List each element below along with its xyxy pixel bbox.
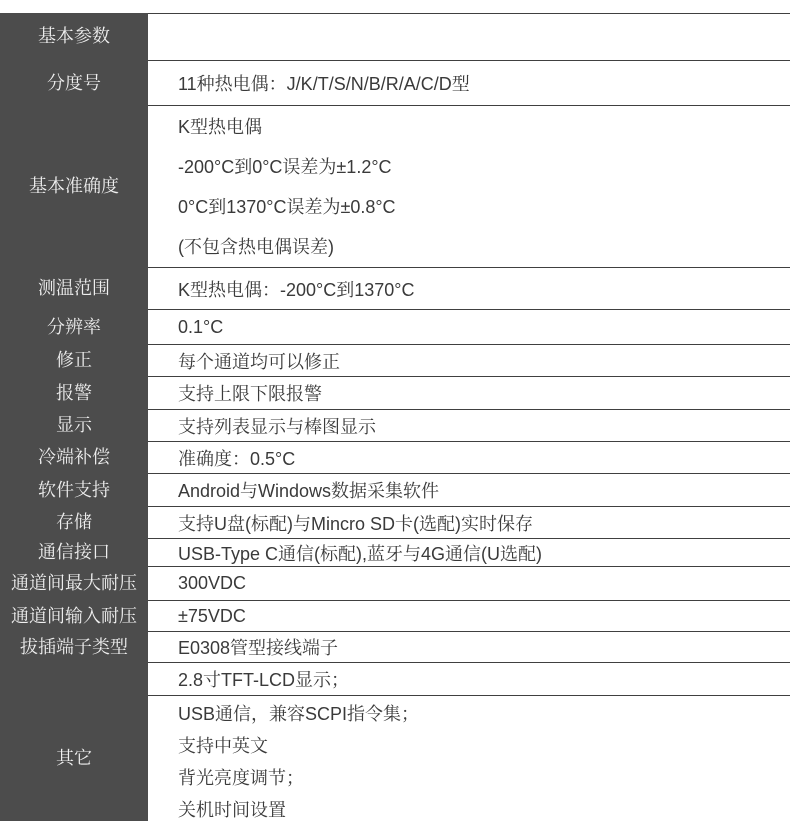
spec-label: 测温范围 — [0, 268, 148, 310]
spec-label: 存储 — [0, 507, 148, 539]
table-row: 冷端补偿 准确度：0.5°C — [0, 442, 790, 474]
spec-value: 支持U盘(标配)与Mincro SD卡(选配)实时保存 — [148, 507, 790, 539]
spec-value-line: (不包含热电偶误差) — [178, 227, 790, 267]
table-row: 分度号 11种热电偶：J/K/T/S/N/B/R/A/C/D型 — [0, 61, 790, 106]
spec-label: 拔插端子类型 — [0, 632, 148, 663]
table-row: 基本参数 — [0, 13, 790, 61]
spec-value-line: K型热电偶：-200°C到1370°C — [178, 276, 790, 302]
spec-label: 分辨率 — [0, 310, 148, 345]
spec-value: 支持上限下限报警 — [148, 377, 790, 410]
spec-value — [148, 13, 790, 61]
spec-value-line: 支持U盘(标配)与Mincro SD卡(选配)实时保存 — [178, 510, 790, 536]
spec-label: 报警 — [0, 377, 148, 410]
spec-value: K型热电偶-200°C到0°C误差为±1.2°C0°C到1370°C误差为±0.… — [148, 106, 790, 268]
table-row: 分辨率 0.1°C — [0, 310, 790, 345]
table-row: 存储 支持U盘(标配)与Mincro SD卡(选配)实时保存 — [0, 507, 790, 539]
spec-value: 支持列表显示与棒图显示 — [148, 410, 790, 442]
spec-label: 基本准确度 — [0, 106, 148, 268]
spec-value: E0308管型接线端子 — [148, 632, 790, 663]
spec-value-line: 2.8寸TFT-LCD显示； — [178, 666, 790, 692]
spec-value: K型热电偶：-200°C到1370°C — [148, 268, 790, 310]
spec-value-line: USB-Type C通信(标配),蓝牙与4G通信(U选配) — [178, 540, 790, 566]
spec-value-line: ±75VDC — [178, 606, 790, 627]
table-row: 通道间输入耐压 ±75VDC — [0, 601, 790, 632]
table-row: 2.8寸TFT-LCD显示； — [0, 663, 790, 696]
table-row: 报警 支持上限下限报警 — [0, 377, 790, 410]
table-row: 通道间最大耐压 300VDC — [0, 567, 790, 601]
spec-value: 0.1°C — [148, 310, 790, 345]
spec-value: 300VDC — [148, 567, 790, 601]
spec-value-line: 背光亮度调节； — [178, 762, 790, 794]
table-row: 其它 USB通信，兼容SCPI指令集；支持中英文背光亮度调节；关机时间设置 — [0, 696, 790, 821]
spec-value: 每个通道均可以修正 — [148, 345, 790, 377]
spec-value-line: 0°C到1370°C误差为±0.8°C — [178, 187, 790, 227]
spec-label: 分度号 — [0, 61, 148, 106]
spec-value-line: 支持中英文 — [178, 730, 790, 762]
spec-label: 修正 — [0, 345, 148, 377]
spec-table: 基本参数 分度号 11种热电偶：J/K/T/S/N/B/R/A/C/D型 基本准… — [0, 13, 790, 821]
table-row: 显示 支持列表显示与棒图显示 — [0, 410, 790, 442]
spec-value: USB-Type C通信(标配),蓝牙与4G通信(U选配) — [148, 539, 790, 567]
spec-label — [0, 663, 148, 696]
table-row: 软件支持 Android与Windows数据采集软件 — [0, 474, 790, 507]
spec-value-line: USB通信，兼容SCPI指令集； — [178, 698, 790, 730]
table-row: 测温范围 K型热电偶：-200°C到1370°C — [0, 268, 790, 310]
spec-label: 软件支持 — [0, 474, 148, 507]
spec-value-line: 11种热电偶：J/K/T/S/N/B/R/A/C/D型 — [178, 70, 790, 96]
spec-label: 通道间最大耐压 — [0, 567, 148, 601]
spec-value-line: K型热电偶 — [178, 107, 790, 147]
spec-value: USB通信，兼容SCPI指令集；支持中英文背光亮度调节；关机时间设置 — [148, 696, 790, 821]
spec-value: Android与Windows数据采集软件 — [148, 474, 790, 507]
spec-value-line: 300VDC — [178, 573, 790, 594]
spec-value-line: 准确度：0.5°C — [178, 445, 790, 471]
spec-value-line: 支持上限下限报警 — [178, 380, 790, 406]
spec-value: 准确度：0.5°C — [148, 442, 790, 474]
spec-value: 2.8寸TFT-LCD显示； — [148, 663, 790, 696]
table-row: 修正 每个通道均可以修正 — [0, 345, 790, 377]
spec-value: ±75VDC — [148, 601, 790, 632]
spec-label: 通信接口 — [0, 539, 148, 567]
table-row: 通信接口 USB-Type C通信(标配),蓝牙与4G通信(U选配) — [0, 539, 790, 567]
spec-label: 基本参数 — [0, 13, 148, 61]
table-row: 拔插端子类型 E0308管型接线端子 — [0, 632, 790, 663]
spec-value-line: E0308管型接线端子 — [178, 634, 790, 660]
spec-value-line: Android与Windows数据采集软件 — [178, 477, 790, 503]
spec-value: 11种热电偶：J/K/T/S/N/B/R/A/C/D型 — [148, 61, 790, 106]
spec-label: 冷端补偿 — [0, 442, 148, 474]
spec-value-line: 支持列表显示与棒图显示 — [178, 413, 790, 439]
spec-value-line: 关机时间设置 — [178, 794, 790, 821]
spec-label: 通道间输入耐压 — [0, 601, 148, 632]
spec-value-line: 每个通道均可以修正 — [178, 348, 790, 374]
spec-value-line: -200°C到0°C误差为±1.2°C — [178, 147, 790, 187]
spec-value-line: 0.1°C — [178, 317, 790, 338]
table-row: 基本准确度 K型热电偶-200°C到0°C误差为±1.2°C0°C到1370°C… — [0, 106, 790, 268]
spec-label: 显示 — [0, 410, 148, 442]
spec-label: 其它 — [0, 696, 148, 821]
